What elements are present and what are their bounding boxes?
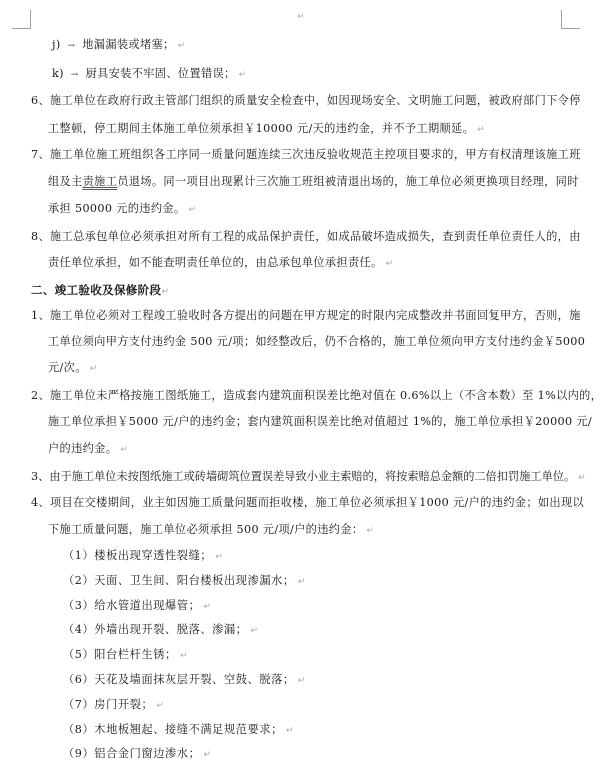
- paragraph-text: 元/次。: [48, 361, 87, 374]
- paragraph-mark-icon: ↵: [120, 445, 128, 455]
- paragraph-mark-icon: ↵: [298, 577, 306, 587]
- paragraph-mark-icon: ↵: [188, 205, 196, 215]
- list-item-k: k) → 厨具安装不牢固、位置错误；↵: [52, 67, 246, 82]
- tab-arrow-icon: →: [67, 41, 75, 51]
- paragraph-item-2-line-1: 2、施工单位未严格按施工图纸施工，造成套内建筑面积误差比绝对值在 0.6%以上（…: [31, 389, 602, 403]
- paragraph-mark-icon: ↵: [386, 259, 394, 269]
- section-heading: 二、竣工验收及保修阶段↵: [31, 283, 169, 299]
- page-corner-mark-top-right: [561, 10, 580, 29]
- paragraph-text: 责任单位承担，如不能查明责任单位的，由总承包单位承担责任。: [48, 256, 383, 269]
- list-text: 厨具安装不牢固、位置错误；: [86, 67, 236, 80]
- paragraph-mark-icon: ↵: [215, 552, 223, 562]
- paragraph-mark-icon: ↵: [578, 473, 586, 483]
- sub-list-item: （1）楼板出现穿透性裂缝；↵: [63, 549, 223, 564]
- paragraph-item-2-line-2: 施工单位承担￥5000 元/户的违约金；套内建筑面积误差比绝对值超过 1%的，施…: [48, 415, 592, 429]
- sub-list-item: （4）外墙出现开裂、脱落、渗漏；↵: [63, 623, 259, 638]
- sub-item-text: 天面、卫生间、阳台楼板出现渗漏水；: [94, 574, 294, 587]
- paragraph-mark-icon: ↵: [297, 12, 305, 22]
- paragraph-item-3-line-1: 3、由于施工单位未按图纸施工或砖墙砌筑位置误差导致小业主索赔的，将按索赔总金额的…: [31, 470, 586, 485]
- list-marker: j): [52, 38, 61, 51]
- paragraph-item-1-line-2: 工单位须向甲方支付违约金 500 元/项；如经整改后，仍不合格的，施工单位须向甲…: [48, 335, 585, 349]
- sub-list-item: （8）木地板翘起、接缝不满足规范要求；↵: [63, 723, 294, 738]
- sub-item-marker: （5）: [63, 648, 94, 661]
- sub-item-text: 阳台栏杆生锈；: [94, 648, 177, 661]
- sub-list-item: （9）铝合金门窗边渗水；↵: [63, 747, 212, 762]
- paragraph-item-7-line-1: 7、施工单位施工班组织各工序同一质量问题连续三次违反验收规范主控项目要求的，甲方…: [31, 148, 581, 162]
- paragraph-item-6-line-1: 6、施工单位在政府行政主管部门组织的质量安全检查中，如因现场安全、文明施工问题，…: [31, 94, 581, 108]
- item-number: 1、: [31, 309, 50, 322]
- paragraph-mark-icon: ↵: [203, 602, 211, 612]
- paragraph-item-7-line-3: 承担 50000 元的违约金。↵: [48, 202, 196, 217]
- paragraph-text: 施工单位承担￥5000 元/户的违约金；套内建筑面积误差比绝对值超过 1%的，施…: [48, 415, 592, 428]
- list-text: 地漏漏装或堵塞；: [82, 38, 174, 51]
- paragraph-mark-icon: ↵: [366, 526, 374, 536]
- sub-item-text: 房门开裂；: [94, 698, 153, 711]
- paragraph-item-6-line-2: 工整顿，停工期间主体施工单位须承担￥10000 元/天的违约金，并不予工期顺延。…: [48, 122, 485, 137]
- paragraph-item-1-line-1: 1、施工单位必须对工程竣工验收时各方提出的问题在甲方规定的时限内完成整改并书面回…: [31, 309, 581, 323]
- paragraph-text: 施工单位施工班组织各工序同一质量问题连续三次违反验收规范主控项目要求的，甲方有权…: [50, 148, 581, 161]
- paragraph-text: 工整顿，停工期间主体施工单位须承担￥10000 元/天的违约金，并不予工期顺延。: [48, 122, 474, 135]
- sub-item-marker: （3）: [63, 599, 94, 612]
- paragraph-text: 施工单位必须对工程竣工验收时各方提出的问题在甲方规定的时限内完成整改并书面回复甲…: [50, 309, 581, 322]
- paragraph-mark-icon: ↵: [298, 676, 306, 686]
- paragraph-item-4-line-2: 下施工质量问题，施工单位必须承担 500 元/项/户的违约金：↵: [48, 523, 374, 538]
- paragraph-text: 施工单位未严格按施工图纸施工，造成套内建筑面积误差比绝对值在 0.6%以上（不含…: [50, 389, 602, 402]
- sub-list-item: （2）天面、卫生间、阳台楼板出现渗漏水；↵: [63, 574, 306, 589]
- list-marker: k): [52, 67, 64, 80]
- heading-text: 二、竣工验收及保修阶段: [31, 283, 161, 297]
- item-number: 7、: [31, 148, 50, 161]
- sub-list-item: （5）阳台栏杆生锈；↵: [63, 648, 188, 663]
- paragraph-text: 户的违约金。: [48, 442, 117, 455]
- paragraph-mark-icon: ↵: [90, 364, 98, 374]
- sub-item-marker: （4）: [63, 623, 94, 636]
- tab-arrow-icon: →: [71, 70, 79, 80]
- sub-list-item: （6）天花及墙面抹灰层开裂、空鼓、脱落；↵: [63, 673, 306, 688]
- sub-item-marker: （6）: [63, 673, 94, 686]
- item-number: 8、: [31, 230, 50, 243]
- sub-item-marker: （9）: [63, 747, 94, 760]
- paragraph-text: 组及主: [48, 175, 83, 188]
- sub-item-marker: （2）: [63, 574, 94, 587]
- sub-item-text: 木地板翘起、接缝不满足规范要求；: [94, 723, 283, 736]
- paragraph-mark-icon: ↵: [477, 125, 485, 135]
- paragraph-item-4-line-1: 4、项目在交楼期间，业主如因施工质量问题而拒收楼，施工单位必须承担￥1000 元…: [31, 496, 584, 510]
- item-number: 3、: [31, 470, 49, 483]
- sub-item-text: 天花及墙面抹灰层开裂、空鼓、脱落；: [94, 673, 294, 686]
- paragraph-mark-icon: ↵: [203, 750, 211, 760]
- grammar-underline-text[interactable]: 责施工: [83, 175, 118, 188]
- item-number: 6、: [31, 94, 50, 107]
- paragraph-mark-icon: ↵: [286, 726, 294, 736]
- sub-item-text: 给水管道出现爆管；: [94, 599, 200, 612]
- paragraph-mark-icon: ↵: [178, 41, 186, 51]
- page-corner-mark-top-left: [12, 10, 31, 29]
- paragraph-text: 工单位须向甲方支付违约金 500 元/项；如经整改后，仍不合格的，施工单位须向甲…: [48, 335, 585, 348]
- paragraph-text: 项目在交楼期间，业主如因施工质量问题而拒收楼，施工单位必须承担￥1000 元/户…: [50, 496, 584, 509]
- paragraph-mark-icon: ↵: [156, 701, 164, 711]
- paragraph-text: 由于施工单位未按图纸施工或砖墙砌筑位置误差导致小业主索赔的，将按索赔总金额的二倍…: [49, 470, 575, 483]
- paragraph-item-8-line-2: 责任单位承担，如不能查明责任单位的，由总承包单位承担责任。↵: [48, 256, 394, 271]
- sub-item-text: 铝合金门窗边渗水；: [94, 747, 200, 760]
- paragraph-item-7-line-2: 组及主责施工员退场。同一项目出现累计三次施工班组被清退出场的，施工单位必须更换项…: [48, 175, 579, 189]
- paragraph-mark-icon: ↵: [251, 626, 259, 636]
- paragraph-item-2-line-3: 户的违约金。↵: [48, 442, 128, 457]
- sub-item-marker: （8）: [63, 723, 94, 736]
- item-number: 2、: [31, 389, 50, 402]
- paragraph-text: 员退场。同一项目出现累计三次施工班组被清退出场的，施工单位必须更换项目经理，同时: [117, 175, 579, 188]
- paragraph-item-8-line-1: 8、施工总承包单位必须承担对所有工程的成品保护责任，如成品破坏造成损失，查到责任…: [31, 230, 581, 244]
- item-number: 4、: [31, 496, 50, 509]
- paragraph-mark-icon: ↵: [161, 287, 169, 297]
- sub-list-item: （7）房门开裂；↵: [63, 698, 164, 713]
- paragraph-text: 承担 50000 元的违约金。: [48, 202, 185, 215]
- paragraph-mark-icon: ↵: [239, 70, 247, 80]
- paragraph-text: 下施工质量问题，施工单位必须承担 500 元/项/户的违约金：: [48, 523, 363, 536]
- paragraph-text: 施工单位在政府行政主管部门组织的质量安全检查中，如因现场安全、文明施工问题，被政…: [50, 94, 581, 107]
- paragraph-mark-icon: ↵: [180, 651, 188, 661]
- paragraph-item-1-line-3: 元/次。↵: [48, 361, 98, 376]
- sub-item-text: 外墙出现开裂、脱落、渗漏；: [94, 623, 247, 636]
- list-item-j: j) → 地漏漏装或堵塞；↵: [52, 38, 185, 53]
- sub-item-marker: （7）: [63, 698, 94, 711]
- paragraph-text: 施工总承包单位必须承担对所有工程的成品保护责任，如成品破坏造成损失，查到责任单位…: [50, 230, 581, 243]
- sub-item-text: 楼板出现穿透性裂缝；: [94, 549, 212, 562]
- sub-list-item: （3）给水管道出现爆管；↵: [63, 599, 212, 614]
- sub-item-marker: （1）: [63, 549, 94, 562]
